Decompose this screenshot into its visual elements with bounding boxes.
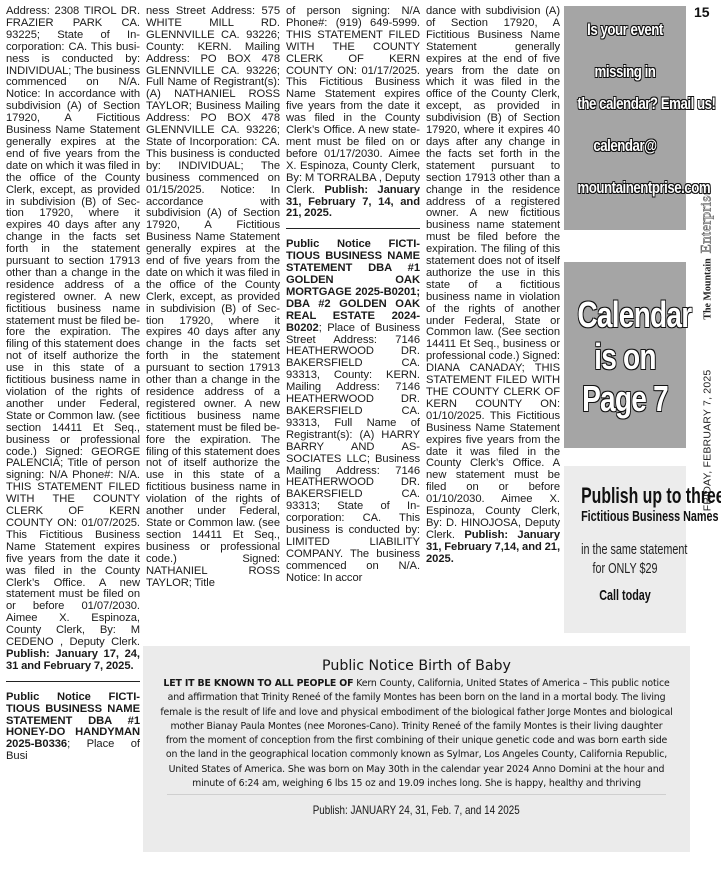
legal-notice-column-2: ness Street Address: 575 WHITE MILL RD. …	[146, 6, 280, 589]
fictitious-business-notice-palencia: Address: 2308 TIROL DR. FRAZIER PARK CA.…	[6, 6, 140, 673]
legal-notice-column-1: Address: 2308 TIROL DR. FRAZIER PARK CA.…	[6, 6, 140, 763]
ad-publish-fictitious-names: Publish up to three Fictitious Business …	[564, 466, 686, 633]
notice-heading: Public Notice FICTI­TIOUS BUSINESS NAME …	[286, 238, 420, 333]
birth-notice-text: Kern County, California, United States o…	[160, 678, 672, 789]
calendar-email-domain[interactable]: mountainentprise.com	[577, 178, 672, 198]
newspaper-name-logo: Enterprise	[699, 189, 715, 254]
birth-notice-divider	[167, 794, 666, 795]
price-text: for ONLY $29	[581, 559, 669, 578]
birth-notice-publish-dates: Publish: JANUARY 24, 31, Feb. 7, and 14 …	[313, 802, 520, 818]
birth-notice-box: Public Notice Birth of Baby LET IT BE KN…	[143, 646, 690, 852]
ad-calendar-email: Is your event missing in the calendar? E…	[564, 6, 686, 230]
notice-body: ness Street Address: 575 WHITE MILL RD. …	[146, 5, 280, 589]
fictitious-business-notice-golden-oak: Public Notice FICTI­TIOUS BUSINESS NAME …	[286, 239, 420, 584]
newspaper-name-prefix: The Mountain	[703, 258, 714, 319]
birth-notice-title: Public Notice Birth of Baby	[153, 658, 680, 675]
notice-body: dance with subdivision (A) of Section 17…	[426, 5, 560, 541]
fictitious-business-notice-golden-oak-cont: dance with subdivision (A) of Section 17…	[426, 6, 560, 566]
notice-divider	[6, 681, 140, 682]
birth-notice-body: LET IT BE KNOWN TO ALL PEOPLE OF Kern Co…	[153, 677, 680, 791]
calendar-email-link[interactable]: calendar@	[577, 136, 672, 156]
call-to-action: Call today	[581, 586, 669, 605]
birth-notice-lead: LET IT BE KNOWN TO ALL PEOPLE OF	[163, 678, 353, 689]
notice-body: Address: 2308 TIROL DR. FRAZIER PARK CA.…	[6, 5, 140, 648]
fictitious-business-notice-taylor-cont: of person signing: N/A Phone#: (919) 649…	[286, 6, 420, 220]
ad-calendar-page-7: Calendar is on Page 7	[564, 262, 686, 448]
legal-notice-column-4: dance with subdivision (A) of Section 17…	[426, 6, 560, 566]
notice-body: ; Place of Busi­ness Street Address: 714…	[286, 322, 420, 584]
legal-notice-column-3: of person signing: N/A Phone#: (919) 649…	[286, 6, 420, 585]
notice-divider	[286, 228, 420, 229]
fictitious-business-notice-taylor: ness Street Address: 575 WHITE MILL RD. …	[146, 6, 280, 589]
notice-body: of person signing: N/A Phone#: (919) 649…	[286, 5, 420, 196]
page-number: 15	[694, 4, 710, 20]
publish-dates: Publish: January 17, 24, 31 and February…	[6, 648, 140, 672]
vertical-masthead: FRIDAY, FEBRUARY 7, 2025 The Mountain En…	[699, 189, 716, 512]
fictitious-business-notice-honey-do: Public Notice FICTI­TIOUS BUSINESS NAME …	[6, 692, 140, 763]
